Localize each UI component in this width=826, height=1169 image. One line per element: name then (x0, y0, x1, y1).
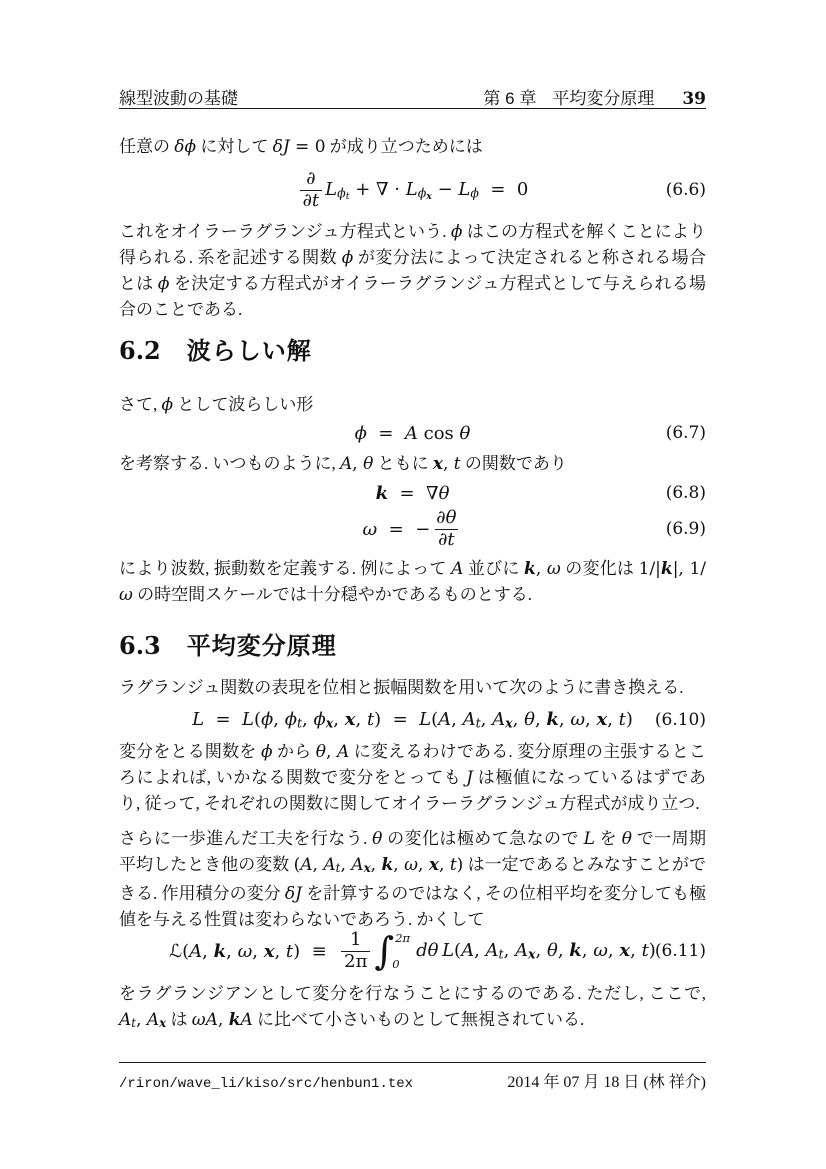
fraction-one-over-2pi: 1 2π (341, 931, 370, 972)
paragraph-delta-condition: 任意の δϕ に対して δJ = 0 が成り立つためには (119, 134, 706, 160)
equation-number: (6.8) (666, 483, 706, 503)
section-heading-6-3: 6.3 平均変分原理 (119, 626, 706, 661)
equation-body: Lϕt + ∇ · Lϕx − Lϕ = 0 (325, 179, 528, 202)
equation-6-9: ω = − ∂θ ∂t (6.9) (119, 505, 706, 553)
paragraph-functions-of-xt: を考察する. いつものように, A, θ ともに x, t の関数であり (119, 451, 706, 477)
equation-body: ω = − (363, 519, 431, 540)
source-file-path: /riron/wave_li/kiso/src/henbun1.tex (119, 1076, 413, 1092)
equation-lhs: ℒ(A, k, ω, x, t) ≡ (169, 941, 338, 962)
section-heading-6-2: 6.2 波らしい解 (119, 331, 706, 366)
section-number: 6.3 (119, 631, 161, 660)
section-title: 平均変分原理 (187, 626, 337, 661)
paragraph-phase-average: さらに一歩進んだ工夫を行なう. θ の変化は極めて急なので L を θ で一周期… (119, 826, 706, 933)
fraction-numerator: ∂θ (433, 509, 459, 529)
fraction-numerator: ∂ (303, 170, 318, 190)
equation-number: (6.7) (666, 423, 706, 443)
section-number: 6.2 (119, 336, 161, 365)
equation-6-11: ℒ(A, k, ω, x, t) ≡ 1 2π ∫ 2π 0 dθ L(A, A… (119, 925, 706, 977)
footer-rule (119, 1062, 706, 1063)
paragraph-euler-lagrange: これをオイラーラグランジュ方程式という. ϕ はこの方程式を解くことにより得られ… (119, 219, 706, 323)
paragraph-variation-functions: 変分をとる関数を ϕ から θ, A に変えるわけである. 変分原理の主張すると… (119, 739, 706, 817)
equation-6-8: k = ∇θ (6.8) (119, 478, 706, 508)
fraction-denominator: ∂t (300, 190, 323, 211)
equation-body: k = ∇θ (376, 483, 450, 504)
fraction-numerator: 1 (347, 931, 364, 951)
footer-date-author: 2014 年 07 月 18 日 (林 祥介) (507, 1069, 706, 1092)
equation-6-10: L = L(ϕ, ϕt, ϕx, x, t) = L(A, At, Ax, θ,… (119, 702, 706, 738)
fraction-d-dt: ∂ ∂t (300, 170, 323, 211)
paragraph-wave-form-intro: さて, ϕ として波らしい形 (119, 392, 706, 418)
equation-number: (6.9) (666, 519, 706, 539)
equation-rhs: dθ L(A, At, Ax, θ, k, ω, x, t) (416, 940, 656, 961)
fraction-denominator: ∂t (435, 529, 458, 550)
equation-number: (6.11) (655, 941, 706, 961)
equation-6-6: ∂ ∂t Lϕt + ∇ · Lϕx − Lϕ = 0 (6.6) (119, 164, 706, 216)
paragraph-lagrangian-rewrite: ラグランジュ関数の表現を位相と振幅関数を用いて次のように書き換える. (119, 675, 706, 701)
integral-lower-limit: 0 (392, 957, 407, 971)
integral-upper-limit: 2π (395, 931, 410, 945)
integral: ∫ 2π 0 (374, 931, 414, 971)
page-body: 任意の δϕ に対して δJ = 0 が成り立つためには ∂ ∂t Lϕt + … (119, 0, 706, 1169)
paragraph-wavenumber-definition: により波数, 振動数を定義する. 例によって A 並びに k, ω の変化は 1… (119, 556, 706, 608)
equation-6-7: ϕ = A cos θ (6.7) (119, 416, 706, 450)
document-page: 線型波動の基礎 第 6 章 平均変分原理 39 任意の δϕ に対して δJ =… (0, 0, 826, 1169)
fraction-dtheta-dt: ∂θ ∂t (433, 509, 459, 550)
fraction-denominator: 2π (341, 951, 370, 972)
equation-body: ϕ = A cos θ (355, 423, 471, 444)
equation-body: L = L(ϕ, ϕt, ϕx, x, t) = L(A, At, Ax, θ,… (192, 709, 633, 730)
equation-number: (6.10) (655, 710, 706, 730)
equation-number: (6.6) (666, 180, 706, 200)
integral-limits: 2π 0 (395, 931, 410, 971)
page-footer: /riron/wave_li/kiso/src/henbun1.tex 2014… (119, 1069, 706, 1092)
section-title: 波らしい解 (187, 331, 312, 366)
paragraph-neglect-terms: をラグランジアンとして変分を行なうことにするのである. ただし, ここで, At… (119, 981, 706, 1036)
